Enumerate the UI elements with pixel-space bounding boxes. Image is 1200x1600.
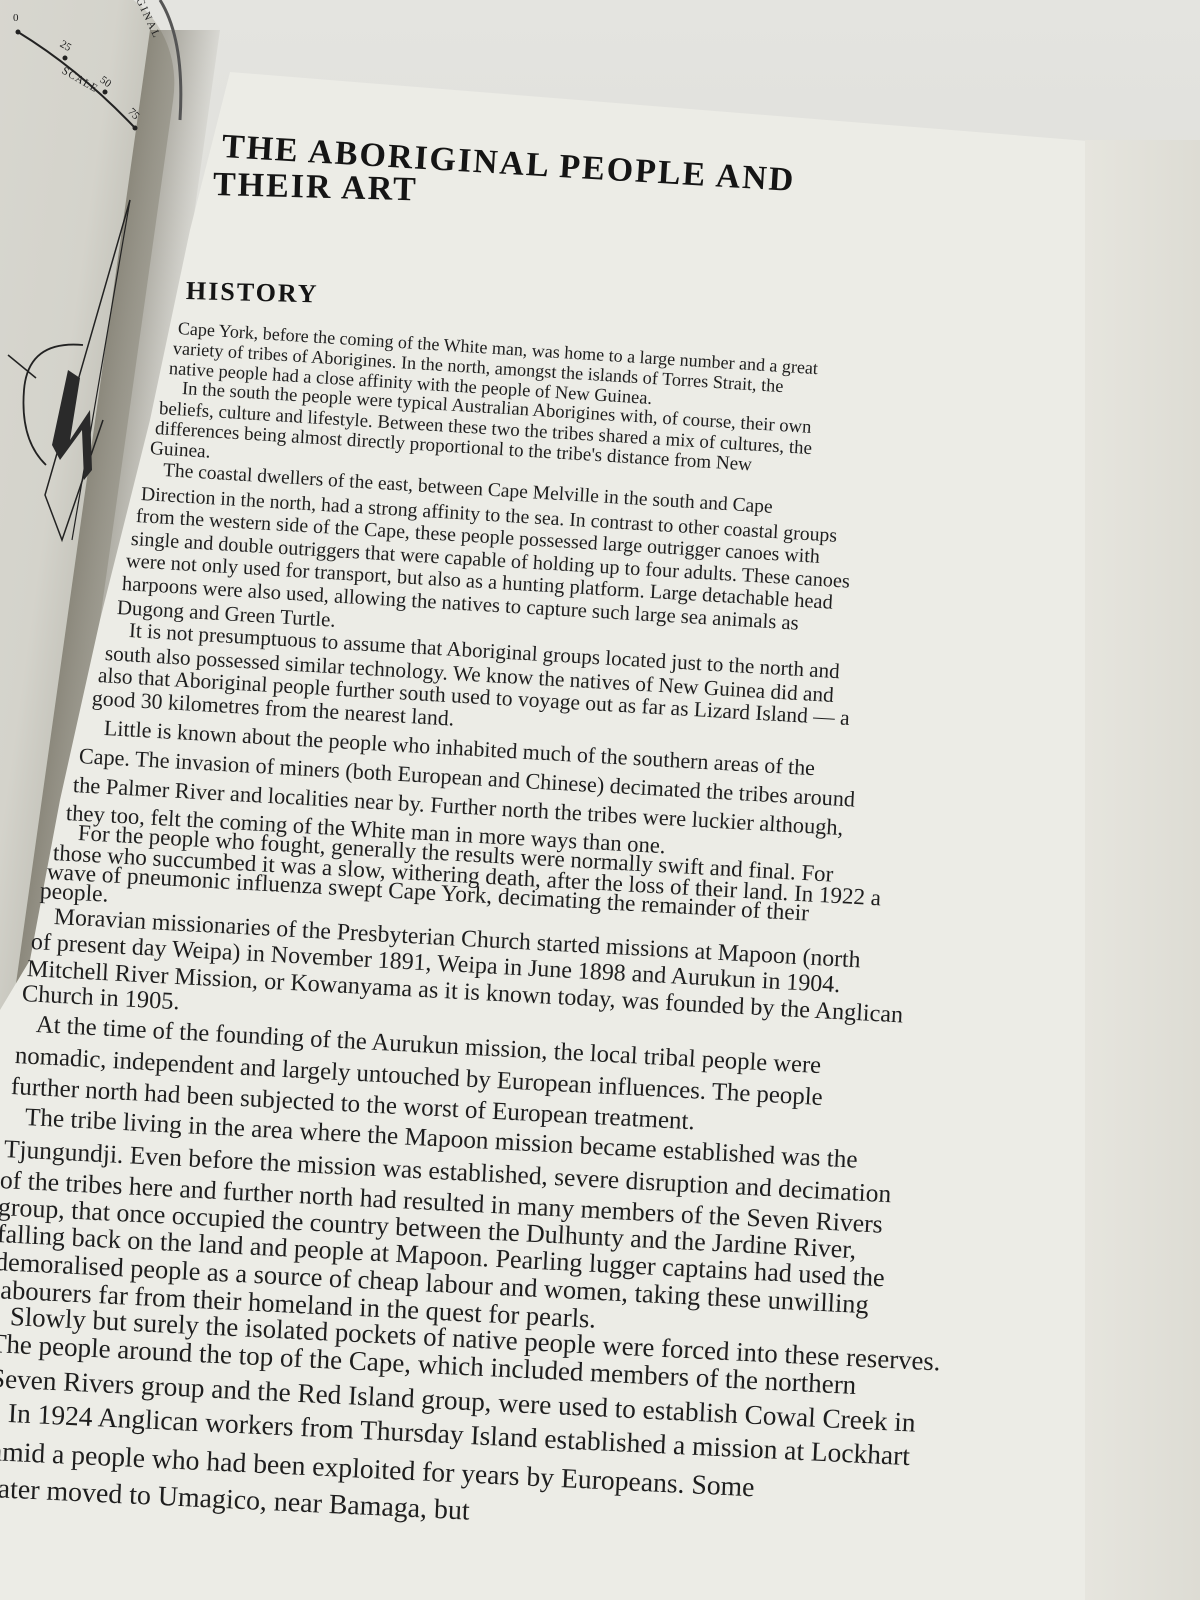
page-title-line-2: THEIR ART (213, 166, 419, 209)
page-content: THE ABORIGINAL PEOPLE AND THEIR ART HIST… (0, 0, 1200, 1600)
book-page: THE ABORIGINAL PEOPLE AND THEIR ART HIST… (0, 0, 1200, 1600)
section-heading-history: HISTORY (186, 276, 319, 309)
text-line: Guinea. (149, 438, 211, 464)
